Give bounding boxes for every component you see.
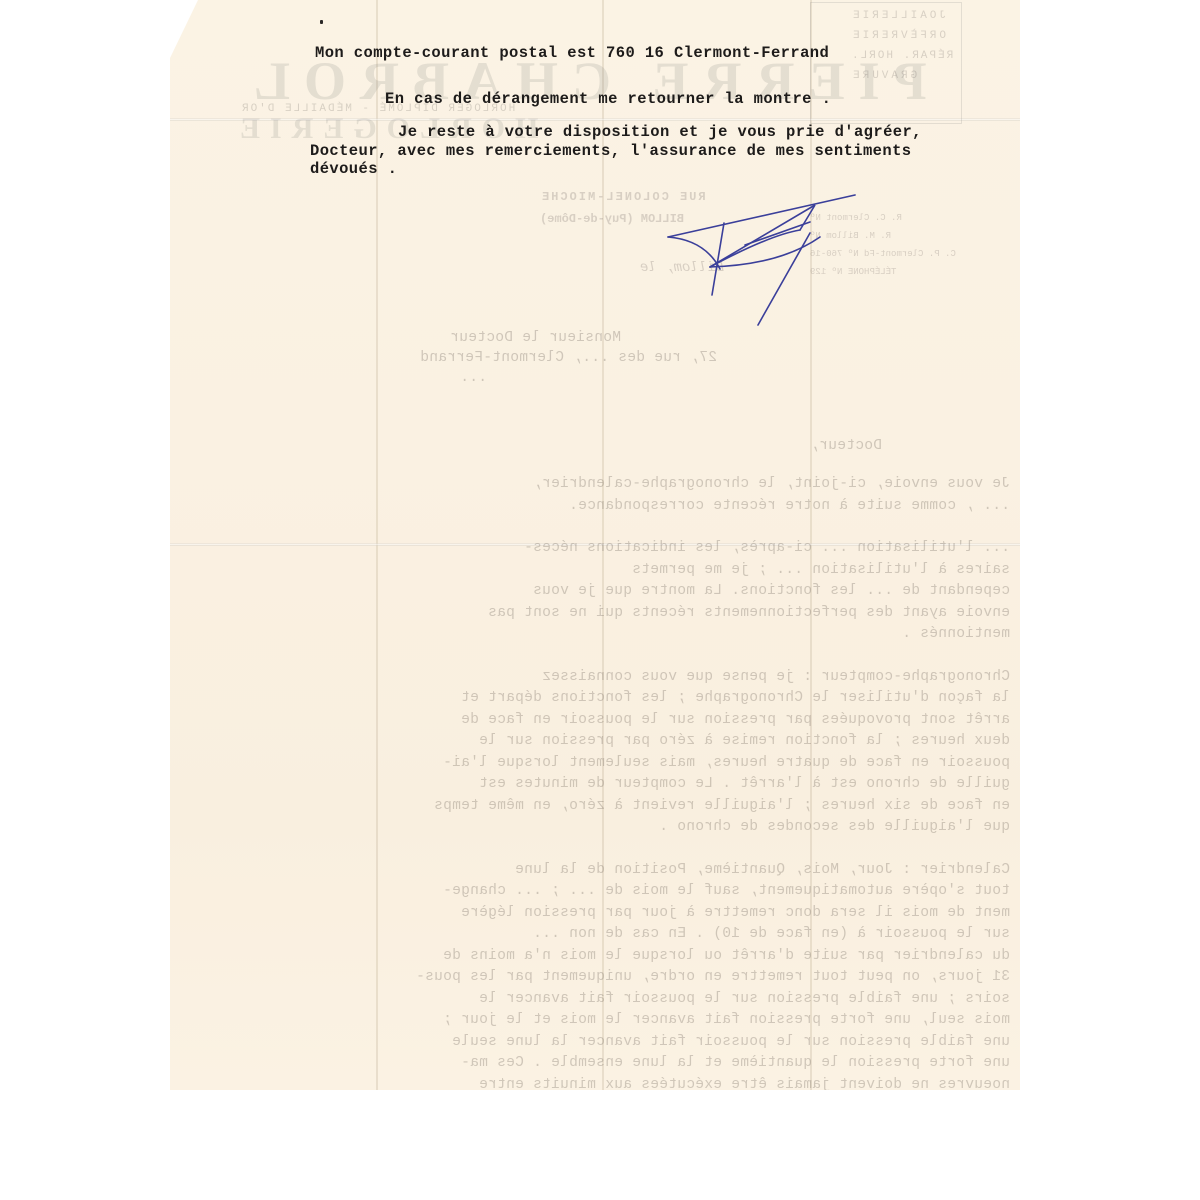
showthrough-body-line: ... l'utilisation ... ci-après, les indi… [210, 538, 1010, 560]
showthrough-recipient: 27, rue des ..., Clermont-Ferrand [420, 348, 717, 370]
showthrough-body-line: envoie ayant des perfectionnements récen… [210, 603, 1010, 625]
showthrough-body-line: ... , comme suite à notre récente corres… [210, 496, 1010, 518]
showthrough-body-line: tout s'opère automatiquement, sauf le mo… [210, 881, 1010, 903]
showthrough-salutation: Docteur, [810, 436, 882, 458]
showthrough-body-line: deux heures ; la fonction remise à zéro … [210, 731, 1010, 753]
showthrough-body-line: comme promis que vous pourriez me régler… [210, 1182, 1010, 1200]
showthrough-body-line: que l'aiguille des secondes de chrono . [210, 817, 1010, 839]
showthrough-body-line: une forte pression le quantième et la lu… [210, 1053, 1010, 1075]
showthrough-body-line: mentionnés . [210, 624, 1010, 646]
showthrough-body-line: Je vous envoie, ci-joint, le chronograph… [210, 474, 1010, 496]
showthrough-service: RÉPAR. HORL. [850, 50, 953, 62]
showthrough-body-line: soirs ; une faible pression sur le pouss… [210, 989, 1010, 1011]
showthrough-service: JOAILLERIE [850, 10, 946, 22]
letter-paper: PIERRE CHABROL HORLOGER DIPLÔMÉ - MÉDAIL… [170, 0, 1020, 1090]
showthrough-service: ORFÈVRERIE [850, 30, 946, 42]
showthrough-body-line: une faible pression sur le poussoir fait… [210, 1032, 1010, 1054]
showthrough-body-line: Chronographe-compteur : je pense que vou… [210, 667, 1010, 689]
typed-line-closing-3: dévoués . [310, 160, 397, 178]
showthrough-body-line: sur le poussoir à (en face de 10) . En c… [210, 924, 1010, 946]
showthrough-body-line: du calendrier par suite d'arrêt ou lorsq… [210, 946, 1010, 968]
showthrough-body-line: noeuvres ne doivent jamais être exécutée… [210, 1075, 1010, 1097]
showthrough-body: Je vous envoie, ci-joint, le chronograph… [210, 474, 1010, 1200]
showthrough-body-line: Le prix de la pièce, tous frais compris … [210, 1160, 1010, 1182]
showthrough-body-line: guille de chrono est à l'arrêt . Le comp… [210, 774, 1010, 796]
showthrough-body-line: mois seul, une forte pression fait avanc… [210, 1010, 1010, 1032]
showthrough-body-line: 21 heures et 3 heures, moment pendant le… [210, 1096, 1010, 1118]
showthrough-body-line: saires à l'utilisation ... ; je me perme… [210, 560, 1010, 582]
typed-line-closing-1: Je reste à votre disposition et je vous … [398, 123, 922, 141]
showthrough-body-line: poussoir en face de quatre heures, mais … [210, 753, 1010, 775]
showthrough-body-line: arrêt sont provoquées par pression sur l… [210, 710, 1010, 732]
showthrough-body-line: 31 jours, on peut tout remettre en ordre… [210, 967, 1010, 989]
showthrough-body-line: la façon d'utiliser le Chronographe ; le… [210, 688, 1010, 710]
showthrough-body-line: Calendrier : Jour, Mois, Quantième, Posi… [210, 860, 1010, 882]
showthrough-body-line: ment de mois il sera donc remettre à jou… [210, 903, 1010, 925]
showthrough-body-line: cependant de ... les fonctions. La montr… [210, 581, 1010, 603]
showthrough-recipient: ... [460, 368, 487, 390]
showthrough-body-line: en face de six heures ; l'aiguille revie… [210, 796, 1010, 818]
typed-line-closing-2: Docteur, avec mes remerciements, l'assur… [310, 142, 912, 160]
showthrough-recipient: Monsieur le Docteur [450, 328, 621, 350]
showthrough-body-line: matique est enclenché . [210, 1118, 1010, 1140]
typed-line-postal-account: Mon compte-courant postal est 760 16 Cle… [315, 44, 829, 62]
typed-line-return-watch: En cas de dérangement me retourner la mo… [385, 90, 831, 108]
showthrough-service: GRAVURE [850, 70, 917, 82]
signature [660, 185, 870, 335]
ink-mark [320, 20, 323, 24]
